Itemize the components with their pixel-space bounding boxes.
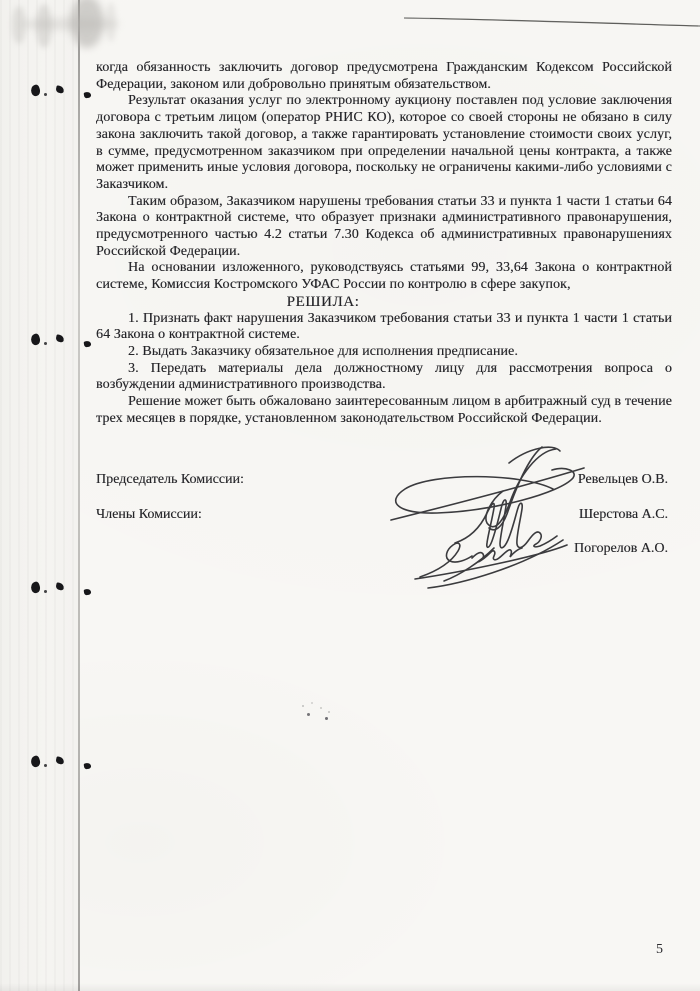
ink-mark-cluster: [0, 582, 100, 602]
ink-mark: [30, 755, 42, 768]
ink-mark: [44, 764, 47, 767]
ink-mark: [30, 333, 42, 346]
scan-speck: [320, 707, 322, 709]
signature-row: Члены Комиссии: Шерстова А.С.: [96, 507, 672, 525]
resolution-item: 3. Передать материалы дела должностному …: [96, 361, 672, 394]
resolution-item: 1. Признать факт нарушения Заказчиком тр…: [96, 311, 672, 344]
paragraph: На основании изложенного, руководствуясь…: [96, 260, 672, 293]
ink-mark: [84, 91, 92, 98]
signature-name: Погорелов А.О.: [574, 541, 668, 557]
signature-row: Погорелов А.О.: [96, 541, 672, 559]
ink-mark: [55, 85, 64, 94]
page-number: 5: [656, 942, 663, 958]
appeal-paragraph: Решение может быть обжаловано заинтересо…: [96, 394, 672, 427]
scan-left-margin: [0, 0, 78, 991]
ink-mark: [44, 93, 47, 96]
scan-smudge: [106, 2, 116, 42]
ink-mark: [30, 84, 42, 97]
resolution-heading: РЕШИЛА:: [96, 294, 672, 311]
scan-speck: [307, 713, 310, 716]
ink-mark: [84, 340, 92, 347]
signature-row: Председатель Комиссии: Ревельцев О.В.: [96, 472, 672, 490]
scan-speck: [325, 717, 328, 720]
signature-name: Ревельцев О.В.: [578, 472, 668, 488]
document-body: когда обязанность заключить договор пред…: [96, 60, 672, 427]
members-label: Члены Комиссии:: [96, 507, 202, 523]
ink-mark: [84, 588, 92, 595]
scanned-page: когда обязанность заключить договор пред…: [0, 0, 700, 991]
scan-smudge: [20, 18, 120, 30]
paragraph: Результат оказания услуг по электронному…: [96, 93, 672, 193]
chairman-label: Председатель Комиссии:: [96, 472, 244, 488]
ink-mark: [30, 581, 42, 594]
ink-mark: [44, 342, 47, 345]
scan-speck: [311, 702, 313, 704]
fold-line: [78, 0, 80, 991]
scan-bottom-shade: [0, 983, 700, 991]
ink-mark: [55, 334, 64, 343]
ink-mark-cluster: [0, 85, 100, 105]
scan-speck: [328, 711, 330, 713]
ink-mark: [55, 582, 64, 591]
paragraph: Таким образом, Заказчиком нарушены требо…: [96, 194, 672, 261]
ink-mark: [84, 762, 92, 769]
resolution-item: 2. Выдать Заказчику обязательное для исп…: [96, 344, 672, 361]
ink-mark: [55, 756, 64, 765]
ink-mark-cluster: [0, 756, 100, 776]
ink-mark: [44, 590, 47, 593]
ink-mark-cluster: [0, 334, 100, 354]
scan-speck: [302, 705, 304, 707]
signature-name: Шерстова А.С.: [579, 507, 668, 523]
paragraph: когда обязанность заключить договор пред…: [96, 60, 672, 93]
